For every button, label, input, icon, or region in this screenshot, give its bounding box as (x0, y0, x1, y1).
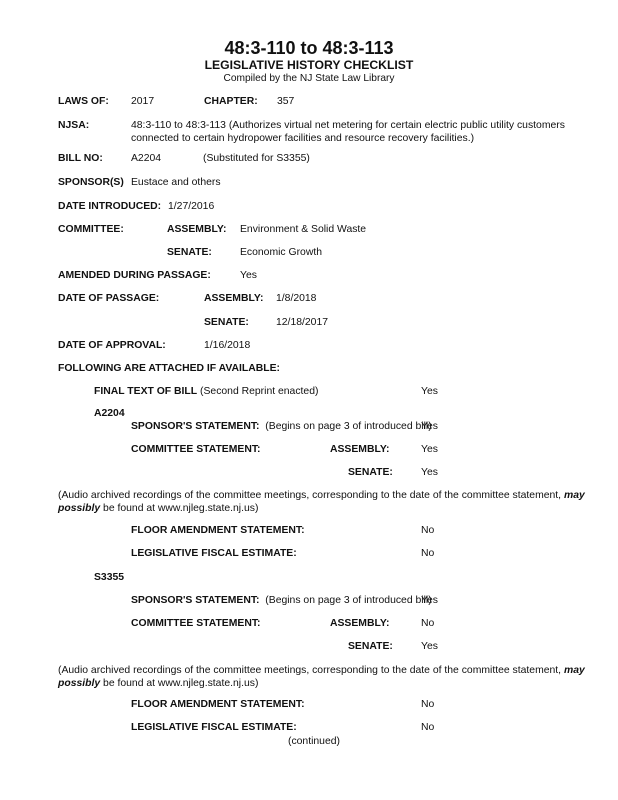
attached-heading: FOLLOWING ARE ATTACHED IF AVAILABLE: (58, 363, 280, 374)
date-introduced-value: 1/27/2016 (168, 201, 214, 212)
final-text-value: Yes (421, 386, 438, 397)
final-text-label: FINAL TEXT OF BILL (94, 386, 197, 397)
sponsors-value: Eustace and others (131, 177, 221, 188)
floor-amendment-value: No (421, 699, 434, 710)
date-of-approval-label: DATE OF APPROVAL: (58, 340, 166, 351)
audio-note-text-end: be found at www.njleg.state.nj.us) (100, 503, 258, 514)
passage-assembly-value: 1/8/2018 (276, 293, 316, 304)
final-text-row: FINAL TEXT OF BILL (Second Reprint enact… (94, 386, 318, 397)
floor-amendment-label: FLOOR AMENDMENT STATEMENT: (131, 699, 305, 710)
committee-assembly-label: ASSEMBLY: (167, 224, 226, 235)
sponsor-statement-note: (Begins on page 3 of introduced bill) (265, 595, 431, 606)
date-introduced-label: DATE INTRODUCED: (58, 201, 161, 212)
committee-statement-senate-label: SENATE: (348, 641, 393, 652)
committee-statement-assembly-label: ASSEMBLY: (330, 618, 389, 629)
page-title: 48:3-110 to 48:3-113 (0, 38, 618, 59)
chapter-label: CHAPTER: (204, 96, 258, 107)
committee-statement-senate-label: SENATE: (348, 467, 393, 478)
bill-no-note: (Substituted for S3355) (203, 153, 310, 164)
sponsor-statement-value: Yes (421, 421, 438, 432)
bill-heading-a2204: A2204 (94, 408, 125, 419)
date-of-approval-value: 1/16/2018 (204, 340, 250, 351)
chapter-value: 357 (277, 96, 294, 107)
audio-note: (Audio archived recordings of the commit… (58, 664, 608, 690)
bill-no-value: A2204 (131, 153, 161, 164)
floor-amendment-label: FLOOR AMENDMENT STATEMENT: (131, 525, 305, 536)
fiscal-estimate-label: LEGISLATIVE FISCAL ESTIMATE: (131, 722, 297, 733)
sponsor-statement-note: (Begins on page 3 of introduced bill) (265, 421, 431, 432)
audio-note-text: (Audio archived recordings of the commit… (58, 665, 564, 676)
committee-statement-label: COMMITTEE STATEMENT: (131, 444, 261, 455)
committee-statement-assembly-value: Yes (421, 444, 438, 455)
laws-of-value: 2017 (131, 96, 154, 107)
committee-statement-senate-value: Yes (421, 467, 438, 478)
page-subtitle: LEGISLATIVE HISTORY CHECKLIST (0, 58, 618, 72)
committee-assembly-value: Environment & Solid Waste (240, 224, 366, 235)
audio-note-text: (Audio archived recordings of the commit… (58, 490, 564, 501)
fiscal-estimate-value: No (421, 722, 434, 733)
final-text-note: (Second Reprint enacted) (200, 386, 318, 397)
fiscal-estimate-value: No (421, 548, 434, 559)
audio-note: (Audio archived recordings of the commit… (58, 489, 608, 515)
committee-label: COMMITTEE: (58, 224, 124, 235)
njsa-label: NJSA: (58, 120, 89, 131)
audio-note-text-end: be found at www.njleg.state.nj.us) (100, 678, 258, 689)
floor-amendment-value: No (421, 525, 434, 536)
fiscal-estimate-label: LEGISLATIVE FISCAL ESTIMATE: (131, 548, 297, 559)
sponsors-label: SPONSOR(S) (58, 177, 124, 188)
sponsor-statement-row: SPONSOR'S STATEMENT: (Begins on page 3 o… (131, 421, 432, 432)
compiled-by: Compiled by the NJ State Law Library (0, 73, 618, 84)
committee-statement-assembly-label: ASSEMBLY: (330, 444, 389, 455)
committee-statement-assembly-value: No (421, 618, 434, 629)
sponsor-statement-row: SPONSOR'S STATEMENT: (Begins on page 3 o… (131, 595, 432, 606)
passage-senate-value: 12/18/2017 (276, 317, 328, 328)
njsa-value: 48:3-110 to 48:3-113 (Authorizes virtual… (131, 120, 611, 145)
committee-senate-value: Economic Growth (240, 247, 322, 258)
continued-note: (continued) (288, 736, 340, 747)
passage-senate-label: SENATE: (204, 317, 249, 328)
passage-assembly-label: ASSEMBLY: (204, 293, 263, 304)
committee-statement-label: COMMITTEE STATEMENT: (131, 618, 261, 629)
amended-value: Yes (240, 270, 257, 281)
sponsor-statement-value: Yes (421, 595, 438, 606)
bill-heading-s3355: S3355 (94, 572, 124, 583)
sponsor-statement-label: SPONSOR'S STATEMENT: (131, 595, 260, 606)
bill-no-label: BILL NO: (58, 153, 103, 164)
committee-statement-senate-value: Yes (421, 641, 438, 652)
amended-label: AMENDED DURING PASSAGE: (58, 270, 211, 281)
sponsor-statement-label: SPONSOR'S STATEMENT: (131, 421, 260, 432)
laws-of-label: LAWS OF: (58, 96, 109, 107)
committee-senate-label: SENATE: (167, 247, 212, 258)
date-of-passage-label: DATE OF PASSAGE: (58, 293, 159, 304)
